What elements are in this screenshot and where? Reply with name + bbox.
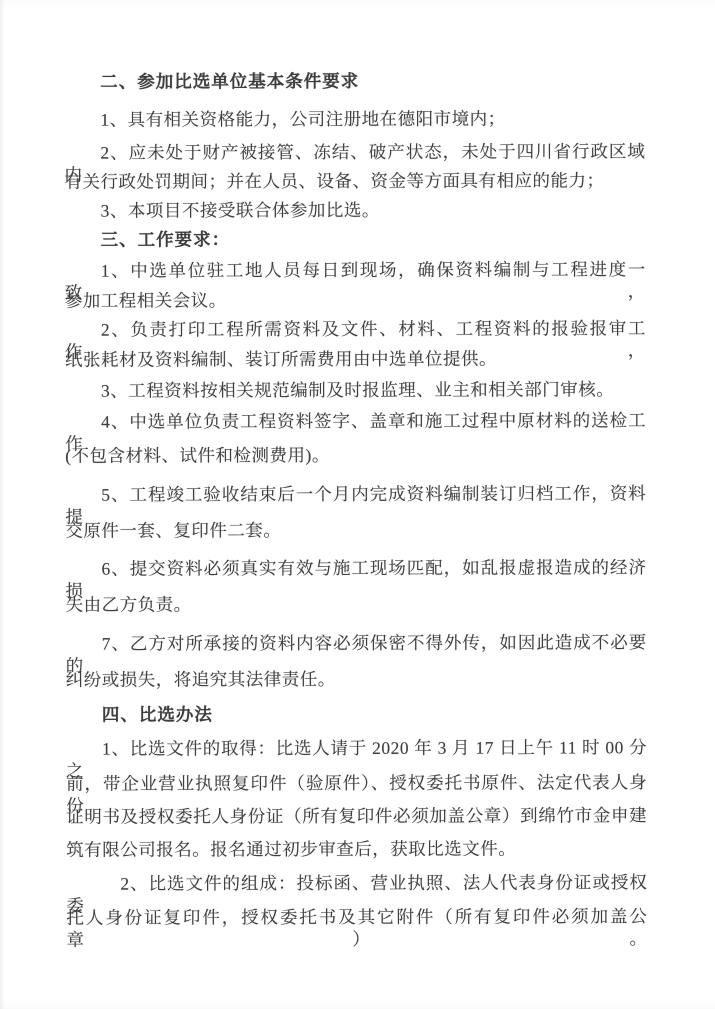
text-line: 参加工程相关会议。 (65, 288, 646, 312)
text-line: 证明书及授权委托人身份证（所有复印件必须加盖公章）到绵竹市金申建 (66, 804, 647, 828)
text-line: 纠纷或损失，将追究其法律责任。 (66, 667, 647, 691)
list-item: 3、本项目不接受联合体参加比选。 (65, 198, 646, 222)
text-line: 交原件一套、复印件二套。 (65, 518, 646, 542)
list-item: 3、工程资料按相关规范编制及时报监理、业主和相关部门审核。 (65, 378, 646, 402)
document-text-block: 二、参加比选单位基本条件要求 1、具有相关资格能力，公司注册地在德阳市境内； 2… (64, 0, 648, 1009)
section-heading-2: 二、参加比选单位基本条件要求 (64, 69, 645, 93)
list-item: 1、具有相关资格能力，公司注册地在德阳市境内； (64, 107, 645, 131)
text-line: 失由乙方负责。 (66, 592, 647, 616)
text-line: 有关行政处罚期间；并在人员、设备、资金等方面具有相应的能力； (64, 169, 645, 193)
document-page: 二、参加比选单位基本条件要求 1、具有相关资格能力，公司注册地在德阳市境内； 2… (0, 0, 715, 1009)
text-line: 筑有限公司报名。报名通过初步审查后，获取比选文件。 (66, 837, 647, 861)
section-heading-4: 四、比选办法 (66, 702, 647, 726)
section-heading-3: 三、工作要求： (65, 227, 646, 251)
text-line: (不包含材料、试件和检测费用)。 (65, 443, 646, 467)
text-line: 托人身份证复印件，授权委托书及其它附件（所有复印件必须加盖公章）。 (66, 905, 647, 951)
text-line: 纸张耗材及资料编制、装订所需费用由中选单位提供。 (65, 347, 646, 371)
